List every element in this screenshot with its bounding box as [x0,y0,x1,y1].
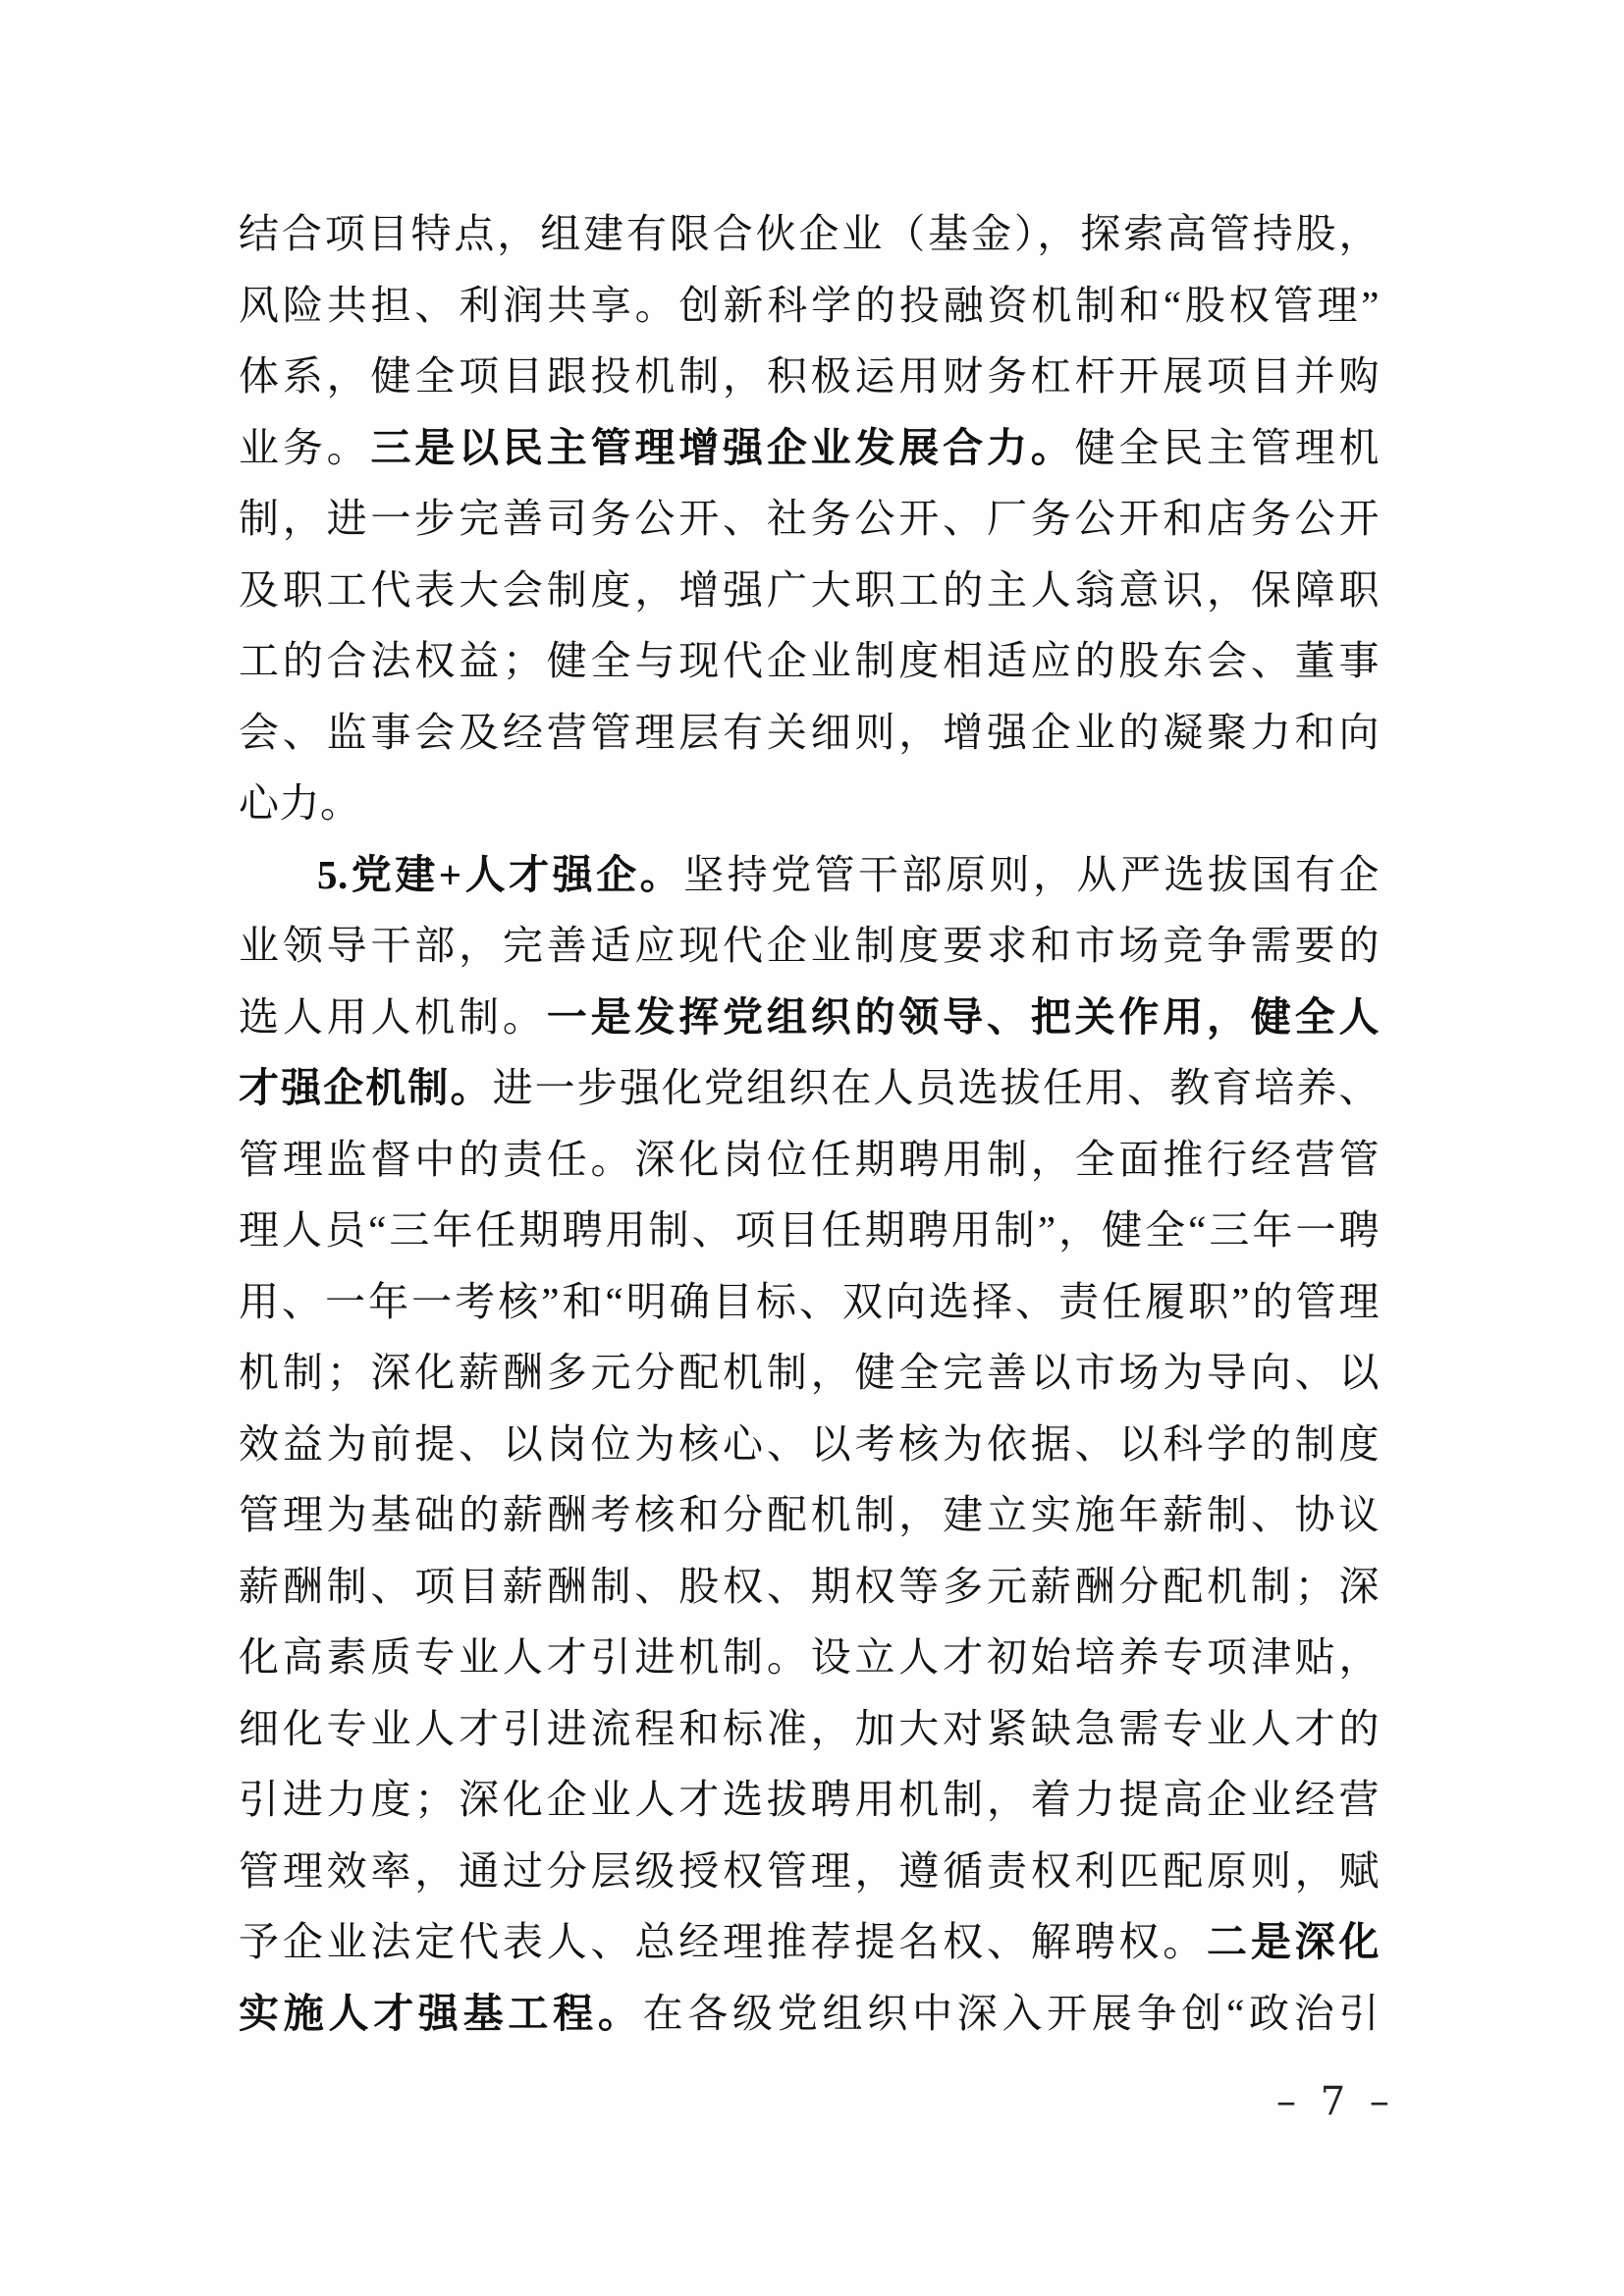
text-line: 才强企机制。进一步强化党组织在人员选拔任用、教育培养、 [239,1052,1380,1124]
text-segment: 化高素质专业人才引进机制。设立人才初始培养专项津贴， [239,1634,1380,1680]
text-segment: 二是深化 [1207,1919,1380,1964]
text-segment: 选人用人机制。 [239,994,547,1040]
text-line: 管理效率，通过分层级授权管理，遵循责权利匹配原则，赋 [239,1836,1380,1907]
text-line: 予企业法定代表人、总经理推荐提名权、解聘权。二是深化 [239,1906,1380,1978]
text-segment: 用、一年一考核”和“明确目标、双向选择、责任履职”的管理 [239,1279,1380,1324]
text-segment: 会、监事会及经营管理层有关细则，增强企业的凝聚力和向 [239,710,1380,755]
text-line: 用、一年一考核”和“明确目标、双向选择、责任履职”的管理 [239,1266,1380,1338]
text-segment: 一是发挥党组织的领导、把关作用，健全人 [547,994,1380,1040]
text-line: 效益为前提、以岗位为核心、以考核为依据、以科学的制度 [239,1409,1380,1480]
text-line: 心力。 [239,768,1380,839]
text-line: 体系，健全项目跟投机制，积极运用财务杠杆开展项目并购 [239,341,1380,412]
text-line: 5.党建+人才强企。坚持党管干部原则，从严选拔国有企 [239,839,1380,911]
text-segment: 进一步强化党组织在人员选拔任用、教育培养、 [493,1065,1380,1110]
text-segment: 理人员“三年任期聘用制、项目任期聘用制”，健全“三年一聘 [239,1207,1380,1253]
text-segment: 结合项目特点，组建有限合伙企业（基金），探索高管持股， [239,211,1380,256]
text-line: 细化专业人才引进流程和标准，加大对紧缺急需专业人才的 [239,1693,1380,1765]
page-number: – 7 – [1276,2079,1395,2124]
text-segment: 及职工代表大会制度，增强广大职工的主人翁意识，保障职 [239,567,1380,613]
text-line: 管理为基础的薪酬考核和分配机制，建立实施年薪制、协议 [239,1479,1380,1551]
text-segment: 体系，健全项目跟投机制，积极运用财务杠杆开展项目并购 [239,353,1380,399]
text-segment: 健全民主管理机 [1075,425,1380,470]
text-segment: 细化专业人才引进流程和标准，加大对紧缺急需专业人才的 [239,1706,1380,1751]
text-line: 业领导干部，完善适应现代企业制度要求和市场竞争需要的 [239,910,1380,982]
text-line: 实施人才强基工程。在各级党组织中深入开展争创“政治引 [239,1978,1380,2050]
text-segment: 在各级党组织中深入开展争创“政治引 [643,1991,1380,2036]
document-page: 结合项目特点，组建有限合伙企业（基金），探索高管持股，风险共担、利润共享。创新科… [0,0,1624,2296]
text-line: 及职工代表大会制度，增强广大职工的主人翁意识，保障职 [239,555,1380,626]
text-line: 薪酬制、项目薪酬制、股权、期权等多元薪酬分配机制；深 [239,1551,1380,1623]
text-line: 选人用人机制。一是发挥党组织的领导、把关作用，健全人 [239,982,1380,1053]
text-segment: 机制；深化薪酬多元分配机制，健全完善以市场为导向、以 [239,1350,1380,1395]
text-segment: 管理监督中的责任。深化岗位任期聘用制，全面推行经营管 [239,1137,1380,1182]
text-line: 工的合法权益；健全与现代企业制度相适应的股东会、董事 [239,625,1380,697]
text-line: 会、监事会及经营管理层有关细则，增强企业的凝聚力和向 [239,697,1380,769]
text-segment: 业务。 [239,425,370,470]
text-segment: 风险共担、利润共享。创新科学的投融资机制和“股权管理” [239,283,1380,328]
text-segment: 引进力度；深化企业人才选拔聘用机制，着力提高企业经营 [239,1777,1380,1822]
text-segment: 5.党建+人才强企。 [317,852,683,897]
text-line: 化高素质专业人才引进机制。设立人才初始培养专项津贴， [239,1622,1380,1693]
text-line: 机制；深化薪酬多元分配机制，健全完善以市场为导向、以 [239,1337,1380,1409]
text-segment: 坚持党管干部原则，从严选拔国有企 [683,852,1380,897]
text-segment: 管理效率，通过分层级授权管理，遵循责权利匹配原则，赋 [239,1848,1380,1894]
text-line: 引进力度；深化企业人才选拔聘用机制，着力提高企业经营 [239,1764,1380,1836]
text-segment: 才强企机制。 [239,1065,493,1110]
text-segment: 心力。 [239,780,361,826]
text-segment: 予企业法定代表人、总经理推荐提名权、解聘权。 [239,1919,1207,1964]
text-segment: 效益为前提、以岗位为核心、以考核为依据、以科学的制度 [239,1421,1380,1467]
text-segment: 实施人才强基工程。 [239,1991,643,2036]
text-segment: 业领导干部，完善适应现代企业制度要求和市场竞争需要的 [239,923,1380,968]
text-segment: 三是以民主管理增强企业发展合力。 [370,425,1074,470]
text-line: 风险共担、利润共享。创新科学的投融资机制和“股权管理” [239,270,1380,342]
text-segment: 薪酬制、项目薪酬制、股权、期权等多元薪酬分配机制；深 [239,1564,1380,1609]
text-segment: 制，进一步完善司务公开、社务公开、厂务公开和店务公开 [239,496,1380,541]
text-segment: 管理为基础的薪酬考核和分配机制，建立实施年薪制、协议 [239,1492,1380,1537]
text-line: 理人员“三年任期聘用制、项目任期聘用制”，健全“三年一聘 [239,1195,1380,1266]
document-text: 结合项目特点，组建有限合伙企业（基金），探索高管持股，风险共担、利润共享。创新科… [239,198,1380,2049]
text-line: 管理监督中的责任。深化岗位任期聘用制，全面推行经营管 [239,1124,1380,1196]
text-segment: 工的合法权益；健全与现代企业制度相适应的股东会、董事 [239,638,1380,683]
text-line: 结合项目特点，组建有限合伙企业（基金），探索高管持股， [239,198,1380,270]
text-line: 业务。三是以民主管理增强企业发展合力。健全民主管理机 [239,412,1380,484]
text-line: 制，进一步完善司务公开、社务公开、厂务公开和店务公开 [239,483,1380,555]
